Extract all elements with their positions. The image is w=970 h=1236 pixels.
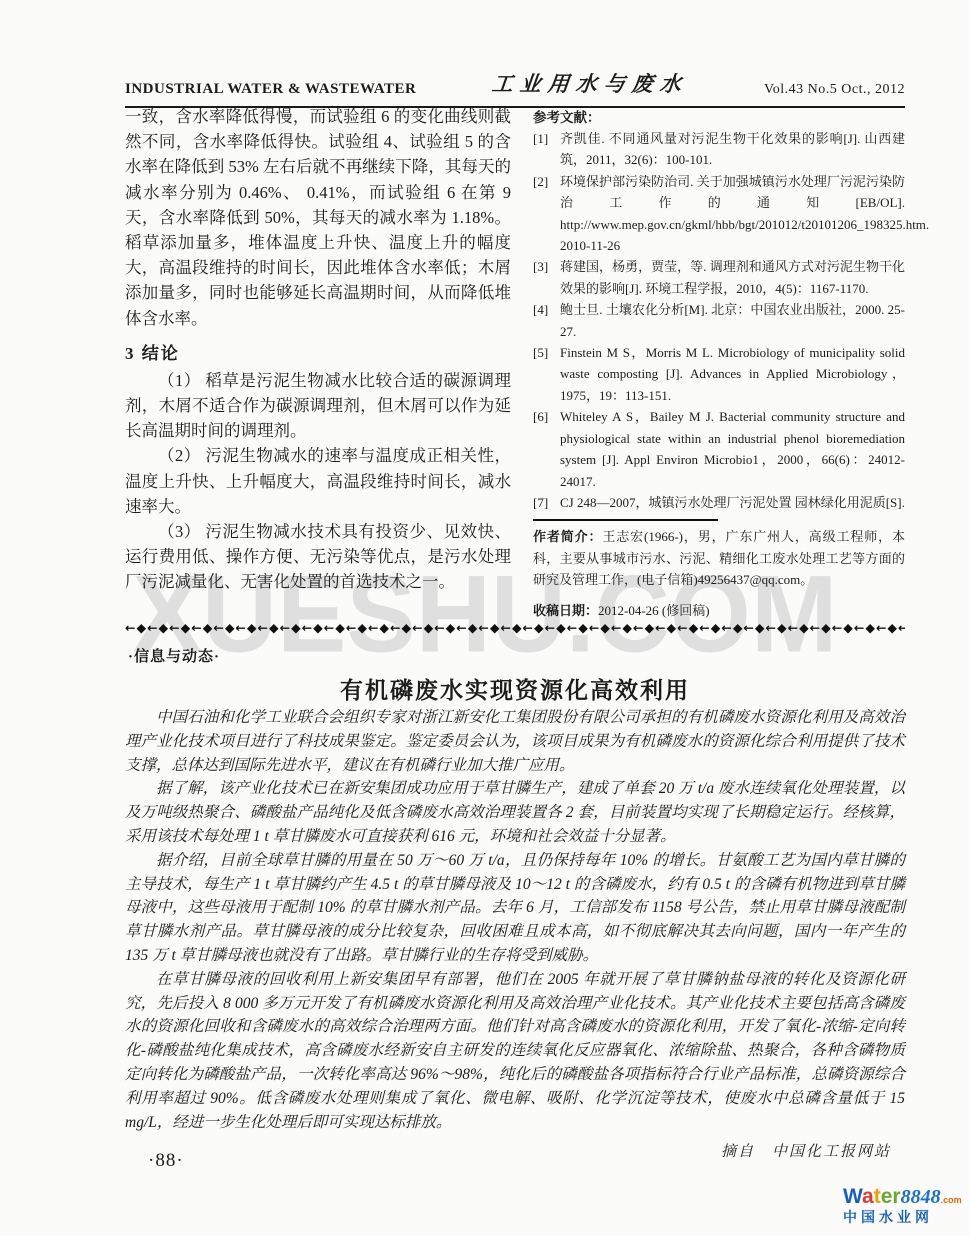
logo-letter: e <box>881 1185 893 1208</box>
reference-item: [5] Finstein M S，Morris M L. Microbiolog… <box>533 342 905 406</box>
logo-letter: a <box>862 1185 874 1208</box>
conclusion-item: （2） 污泥生物减水的速率与温度成正相关性，温度上升快、上升幅度大，高温段维持时… <box>125 443 511 519</box>
reference-item: [3] 蒋建国，杨勇，贾莹，等. 调理剂和通风方式对污泥生物干化效果的影响[J]… <box>533 256 905 299</box>
references-heading: 参考文献： <box>533 106 905 126</box>
journal-name-english: INDUSTRIAL WATER & WASTEWATER <box>125 81 416 98</box>
right-column: 参考文献： [1] 齐凯佳. 不同通风量对污泥生物干化效果的影响[J]. 山西建… <box>533 104 905 619</box>
reference-number: [2] <box>533 171 548 192</box>
logo-letter: r <box>892 1185 900 1208</box>
footnote-separator-line <box>533 519 718 521</box>
water8848-wordmark: Water8848.com <box>843 1186 963 1208</box>
news-paragraph: 据介绍，目前全球草甘膦的用量在 50 万～60 万 t/a，且仍保持每年 10%… <box>125 849 905 968</box>
news-paragraph: 中国石油和化学工业联合会组织专家对浙江新安化工集团股份有限公司承担的有机磷废水资… <box>125 706 905 777</box>
reference-number: [7] <box>533 492 548 513</box>
author-bio: 作者简介：王志宏(1966-)，男，广东广州人，高级工程师，本科，主要从事城市污… <box>533 526 905 591</box>
ornament-divider: ←◆←◆←◆←◆←◆←◆←◆←◆←◆←◆←◆←◆←◆←◆←◆←◆←◆←◆←◆←◆… <box>125 620 905 638</box>
reference-text: CJ 248—2007，城镇污水处理厂污泥处置 园林绿化用泥质[S]. <box>560 495 905 510</box>
reference-item: [2] 环境保护部污染防治司. 关于加强城镇污水处理厂污泥污染防治工作的通知[E… <box>533 171 905 257</box>
reference-number: [5] <box>533 342 548 363</box>
news-paragraph: 据了解，该产业化技术已在新安集团成功应用于草甘膦生产，建成了单套 20 万 t/… <box>125 777 905 848</box>
news-source-attribution: 摘自 中国化工报网站 <box>125 1140 905 1161</box>
reference-text: 蒋建国，杨勇，贾莹，等. 调理剂和通风方式对污泥生物干化效果的影响[J]. 环境… <box>560 259 905 295</box>
reference-number: [4] <box>533 299 548 320</box>
reference-number: [1] <box>533 128 548 149</box>
page-number: ·88· <box>148 1150 184 1172</box>
article-columns: 一致，含水率降低得慢，而试验组 6 的变化曲线则截然不同，含水率降低得快。试验组… <box>125 104 905 619</box>
news-paragraph: 在草甘膦母液的回收利用上新安集团早有部署，他们在 2005 年就开展了草甘膦钠盐… <box>125 968 905 1135</box>
reference-text: 齐凯佳. 不同通风量对污泥生物干化效果的影响[J]. 山西建筑，2011，32(… <box>560 131 905 167</box>
journal-name-chinese: 工业用水与废水 <box>491 68 690 98</box>
news-article-body: 中国石油和化学工业联合会组织专家对浙江新安化工集团股份有限公司承担的有机磷废水资… <box>125 706 905 1161</box>
conclusion-item: （1） 稻草是污泥生物减水比较合适的碳源调理剂，木屑不适合作为碳源调理剂，但木屑… <box>125 368 511 444</box>
journal-header: INDUSTRIAL WATER & WASTEWATER 工业用水与废水 Vo… <box>125 68 905 108</box>
column-label-news: ·信息与动态· <box>128 645 220 666</box>
received-date: 收稿日期：2012-04-26 (修回稿) <box>533 600 905 619</box>
water8848-logo: Water8848.com 中国水业网 <box>843 1186 963 1225</box>
issue-info: Vol.43 No.5 Oct., 2012 <box>764 82 905 98</box>
reference-number: [3] <box>533 256 548 277</box>
reference-item: [4] 鲍士旦. 土壤农化分析[M]. 北京：中国农业出版社，2000. 25-… <box>533 299 905 342</box>
section-heading-conclusion: 3 结论 <box>125 339 511 364</box>
logo-number: 8848 <box>901 1186 941 1208</box>
logo-letter: W <box>843 1185 862 1208</box>
logo-letter: t <box>874 1185 881 1208</box>
logo-site-name: 中国水业网 <box>843 1210 963 1225</box>
reference-text: 鲍士旦. 土壤农化分析[M]. 北京：中国农业出版社，2000. 25-27. <box>560 302 905 338</box>
reference-item: [1] 齐凯佳. 不同通风量对污泥生物干化效果的影响[J]. 山西建筑，2011… <box>533 128 905 171</box>
news-article-title: 有机磷废水实现资源化高效利用 <box>125 672 905 705</box>
reference-text: 环境保护部污染防治司. 关于加强城镇污水处理厂污泥污染防治工作的通知[EB/OL… <box>560 174 929 253</box>
received-date-value: 2012-04-26 (修回稿) <box>598 603 710 618</box>
body-paragraph: 一致，含水率降低得慢，而试验组 6 的变化曲线则截然不同，含水率降低得快。试验组… <box>125 104 511 331</box>
logo-com-suffix: .com <box>941 1195 962 1205</box>
reference-number: [6] <box>533 406 548 427</box>
reference-item: [6] Whiteley A S，Bailey M J. Bacterial c… <box>533 406 905 492</box>
reference-text: Finstein M S，Morris M L. Microbiology of… <box>560 345 905 403</box>
received-date-label: 收稿日期： <box>533 603 598 618</box>
author-bio-label: 作者简介： <box>533 529 602 544</box>
left-column: 一致，含水率降低得慢，而试验组 6 的变化曲线则截然不同，含水率降低得快。试验组… <box>125 104 511 619</box>
reference-item: [7] CJ 248—2007，城镇污水处理厂污泥处置 园林绿化用泥质[S]. <box>533 492 905 513</box>
reference-text: Whiteley A S，Bailey M J. Bacterial commu… <box>560 409 905 488</box>
conclusion-item: （3） 污泥生物减水技术具有投资少、见效快、运行费用低、操作方便、无污染等优点，… <box>125 519 511 595</box>
